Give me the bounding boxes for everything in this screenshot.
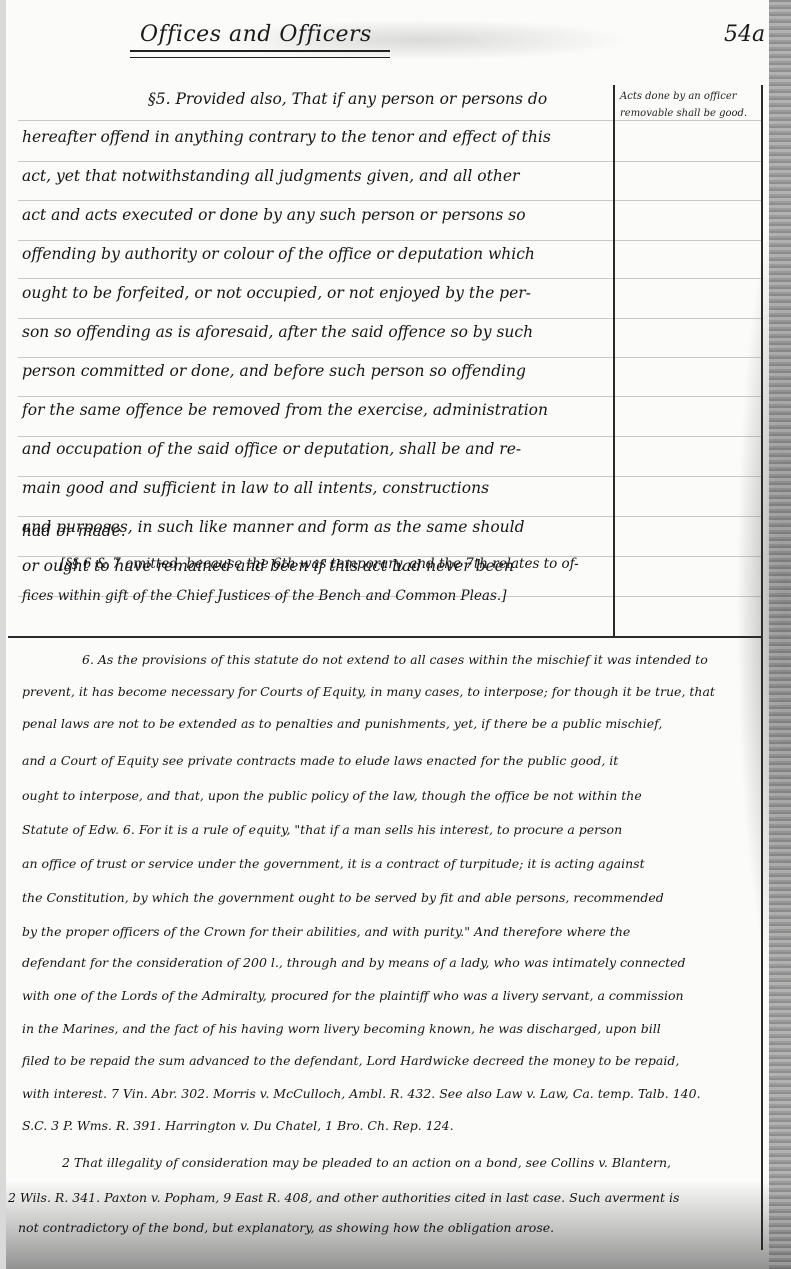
text-line: offending by authority or colour of the …: [22, 245, 535, 263]
ruled-line: [18, 200, 763, 201]
text-line: by the proper officers of the Crown for …: [22, 924, 630, 939]
ruled-line: [18, 396, 763, 397]
ruled-line: [18, 476, 763, 477]
text-line: 6. As the provisions of this statute do …: [82, 652, 708, 667]
margin-note-line: Acts done by an officer: [620, 88, 760, 105]
text-line: [§§ 6 & 7 omitted, because the 6th was t…: [60, 556, 579, 572]
margin-note-line: removable shall be good.: [620, 105, 760, 122]
right-border-line: [761, 85, 763, 1250]
text-line: 2 Wils. R. 341. Paxton v. Popham, 9 East…: [8, 1190, 679, 1205]
text-line: person committed or done, and before suc…: [22, 362, 526, 380]
text-line: with interest. 7 Vin. Abr. 302. Morris v…: [22, 1086, 701, 1101]
ruled-line: [18, 516, 763, 517]
text-line: filed to be repaid the sum advanced to t…: [22, 1053, 679, 1068]
text-line: 2 That illegality of consideration may b…: [62, 1155, 671, 1170]
text-line: and occupation of the said office or dep…: [22, 440, 521, 458]
text-line: Statute of Edw. 6. For it is a rule of e…: [22, 822, 622, 837]
ruled-line: [18, 278, 763, 279]
text-line: and a Court of Equity see private contra…: [22, 753, 618, 768]
text-line: ought to be forfeited, or not occupied, …: [22, 284, 531, 302]
text-line: fices within gift of the Chief Justices …: [22, 588, 506, 604]
margin-note: Acts done by an officer removable shall …: [620, 88, 760, 122]
page-number: 54a: [724, 22, 765, 47]
text-line: prevent, it has become necessary for Cou…: [22, 684, 715, 699]
text-line: main good and sufficient in law to all i…: [22, 479, 489, 497]
manuscript-page: Offices and Officers 54a Acts done by an…: [0, 0, 791, 1269]
text-line: act and acts executed or done by any suc…: [22, 206, 526, 224]
scan-left-border: [0, 0, 6, 1269]
ruled-line: [18, 240, 763, 241]
text-line: with one of the Lords of the Admiralty, …: [22, 988, 684, 1003]
text-line: not contradictory of the bond, but expla…: [18, 1220, 554, 1235]
text-line: penal laws are not to be extended as to …: [22, 716, 662, 731]
ruled-line: [18, 436, 763, 437]
ruled-line: [18, 318, 763, 319]
text-line: hereafter offend in anything contrary to…: [22, 128, 551, 146]
text-line: S.C. 3 P. Wms. R. 391. Harrington v. Du …: [22, 1118, 454, 1133]
title-underline: [130, 50, 390, 58]
text-line: §5. Provided also, That if any person or…: [148, 90, 547, 108]
text-line: in the Marines, and the fact of his havi…: [22, 1021, 661, 1036]
margin-divider-line: [613, 85, 615, 637]
section-separator-line: [8, 636, 763, 638]
text-line: defendant for the consideration of 200 l…: [22, 955, 686, 970]
text-line: act, yet that notwithstanding all judgme…: [22, 167, 519, 185]
text-line: had or made.: [22, 522, 126, 540]
scan-right-shadow: [769, 0, 791, 1269]
ruled-line: [18, 161, 763, 162]
text-line: for the same offence be removed from the…: [22, 401, 548, 419]
text-line: an office of trust or service under the …: [22, 856, 645, 871]
text-line: ought to interpose, and that, upon the p…: [22, 788, 642, 803]
ruled-line: [18, 357, 763, 358]
text-line: the Constitution, by which the governmen…: [22, 890, 664, 905]
text-line: son so offending as is aforesaid, after …: [22, 323, 533, 341]
page-title: Offices and Officers: [140, 22, 372, 47]
